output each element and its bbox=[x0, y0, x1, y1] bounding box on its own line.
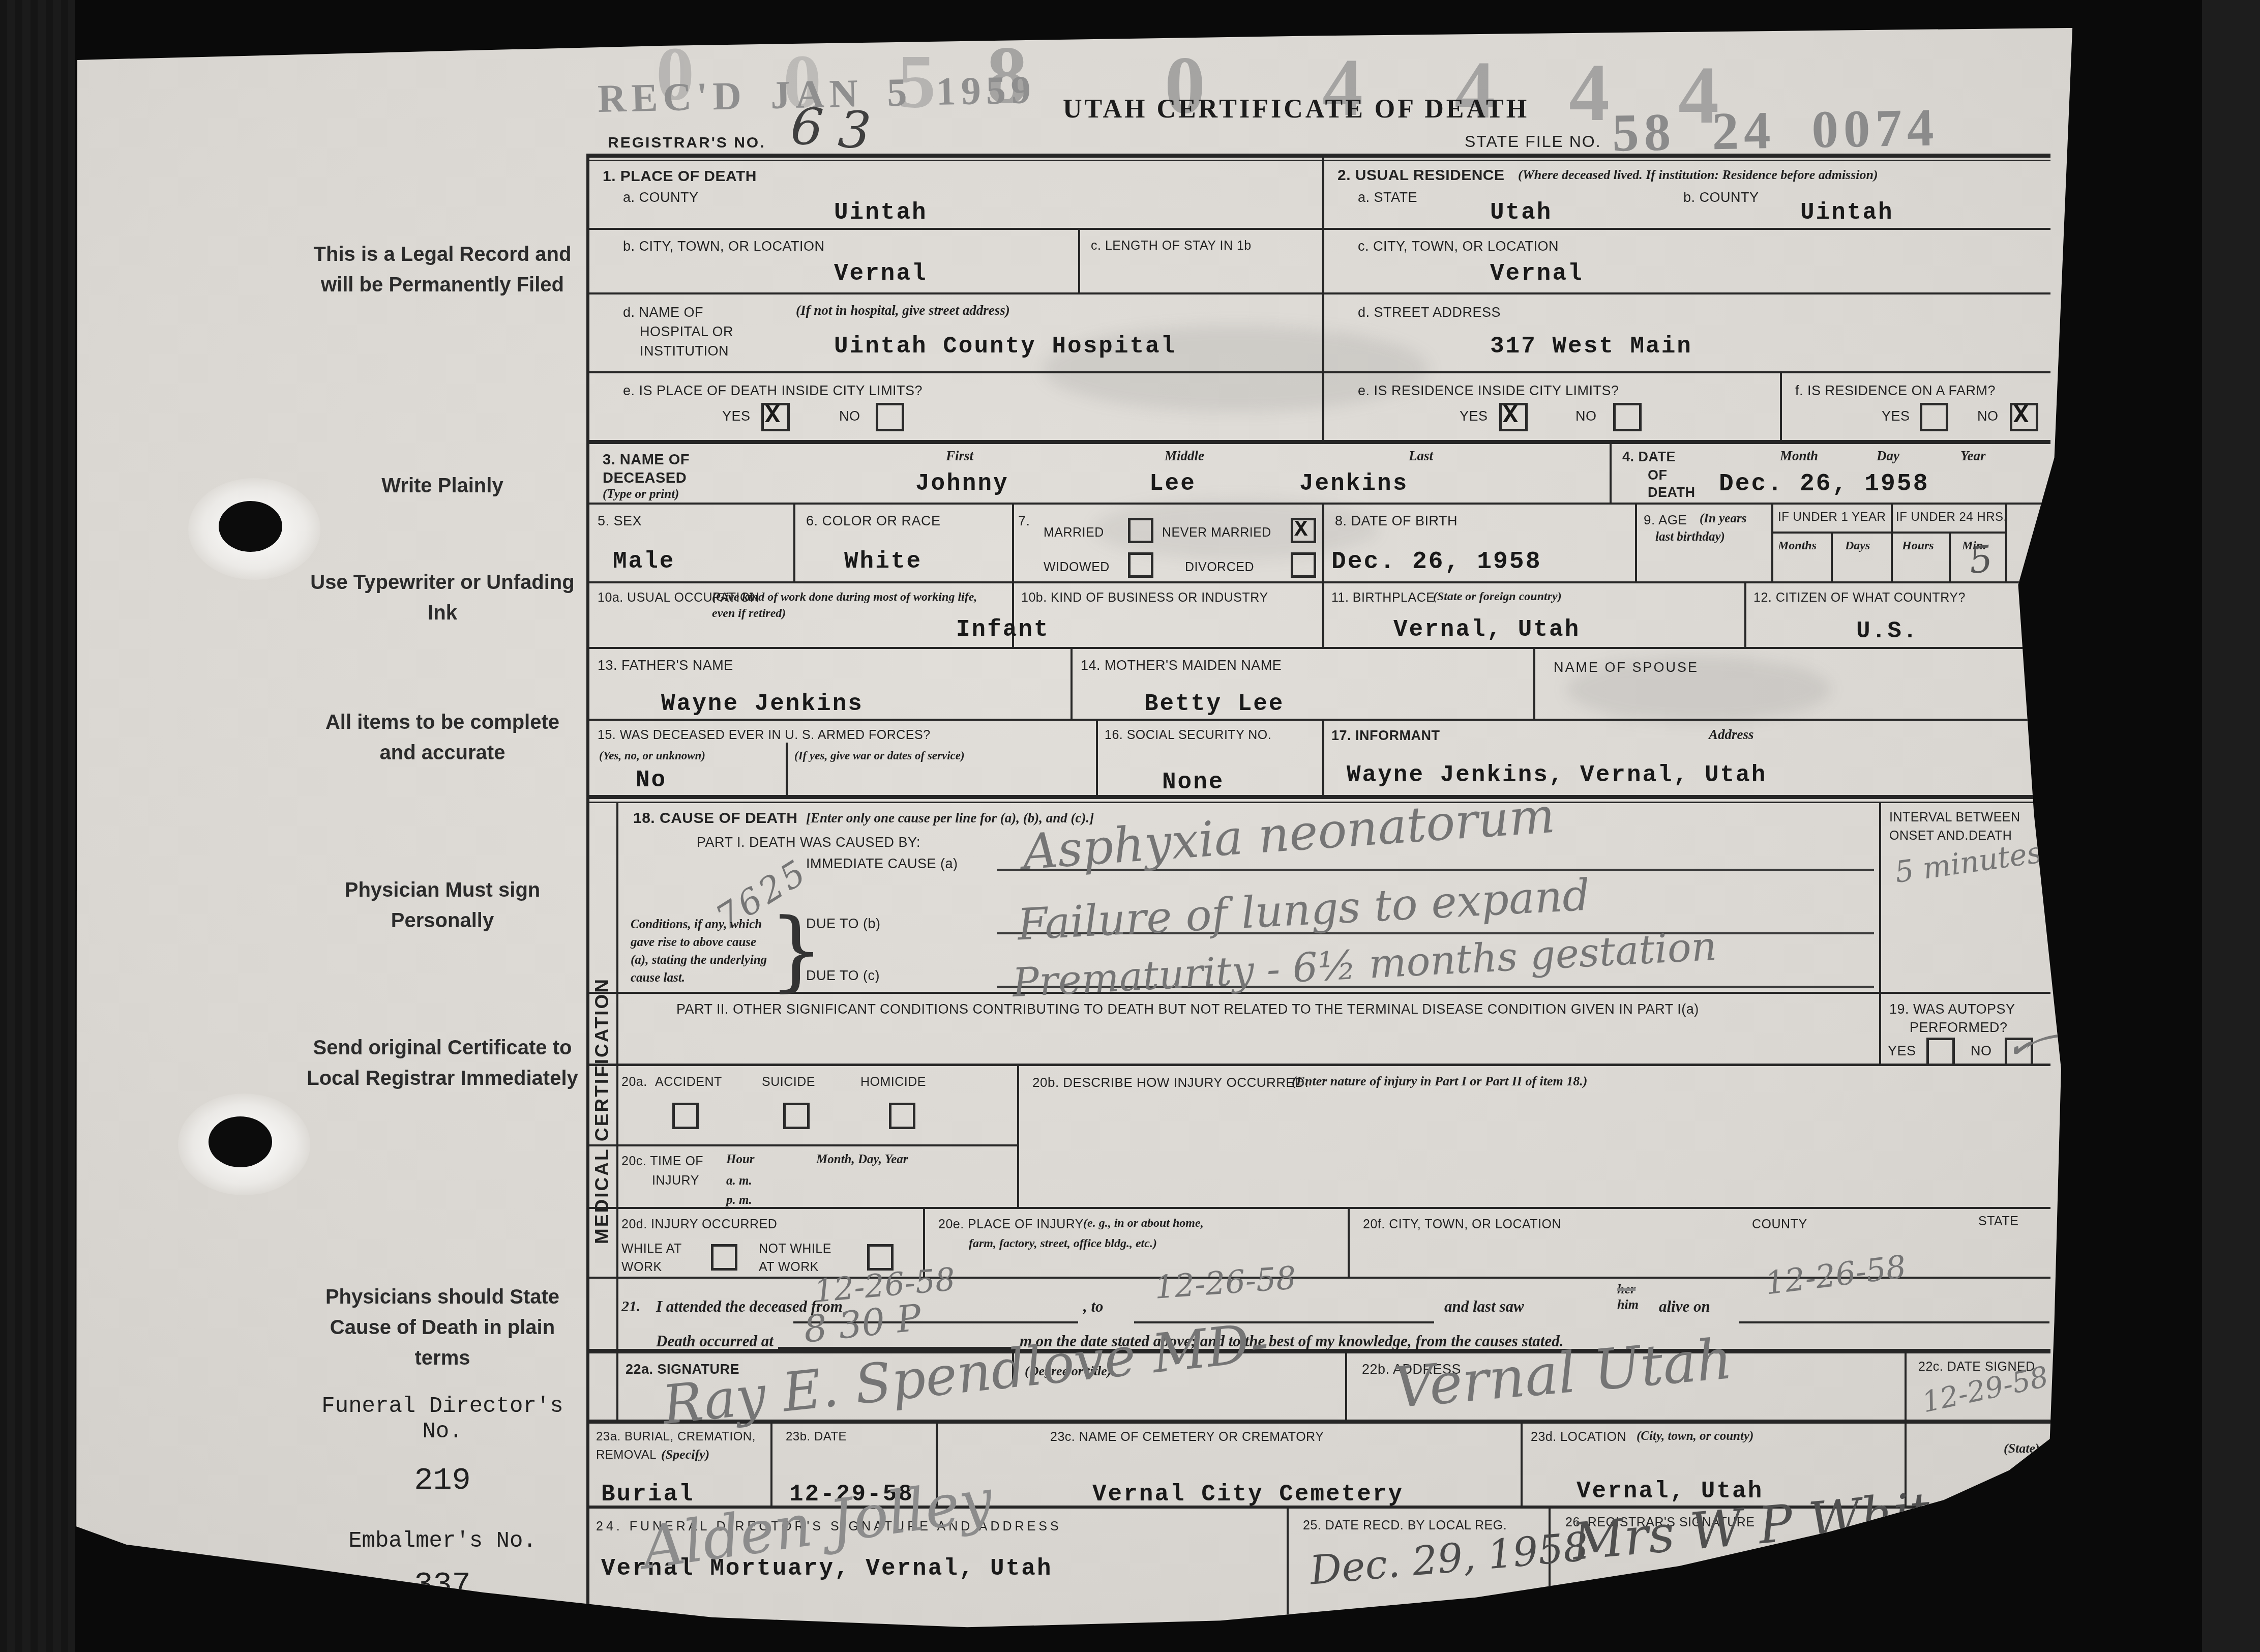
s3-hint: (Type or print) bbox=[603, 486, 679, 502]
s2b-label: b. COUNTY bbox=[1683, 189, 1759, 206]
s20e-label: 20e. PLACE OF INJURY bbox=[938, 1217, 1084, 1232]
s18-part1-label: PART I. DEATH WAS CAUSED BY: bbox=[697, 834, 920, 851]
s9-under1yr-header: IF UNDER 1 YEAR bbox=[1778, 510, 1886, 525]
s7-married-checkbox bbox=[1128, 518, 1153, 543]
s20d-while-label2: WORK bbox=[621, 1259, 662, 1275]
s20d-notwhile-label1: NOT WHILE bbox=[759, 1241, 831, 1257]
s16-label: 16. SOCIAL SECURITY NO. bbox=[1105, 727, 1271, 743]
margin-note-complete-accurate: All items to be complete and accurate bbox=[305, 707, 580, 768]
s23a-specify-hint: (Specify) bbox=[661, 1447, 709, 1463]
s1d-label2: HOSPITAL OR bbox=[640, 323, 733, 341]
s19-yes-label: YES bbox=[1888, 1043, 1916, 1060]
s2a-label: a. STATE bbox=[1358, 189, 1417, 206]
margin-note-send-original: Send original Certificate to Local Regis… bbox=[305, 1032, 580, 1094]
s7-widowed-checkbox bbox=[1128, 552, 1153, 578]
s3-title1: 3. NAME OF bbox=[603, 451, 690, 469]
s3-middle-header: Middle bbox=[1165, 448, 1204, 465]
s7-married-label: MARRIED bbox=[1044, 525, 1104, 541]
s20b-hint: (Enter nature of injury in Part I or Par… bbox=[1292, 1073, 1587, 1090]
s2e-no-checkbox bbox=[1613, 403, 1642, 431]
s23d-label: 23d. LOCATION bbox=[1531, 1429, 1626, 1445]
s2a-state-value: Utah bbox=[1490, 199, 1552, 226]
s6-race-value: White bbox=[844, 548, 922, 575]
s13-label: 13. FATHER'S NAME bbox=[598, 657, 733, 674]
medical-certification-strip: MEDICAL CERTIFICATION bbox=[587, 802, 617, 1420]
s20c-label1: 20c. TIME OF bbox=[621, 1154, 703, 1169]
s19-label2: PERFORMED? bbox=[1910, 1019, 2008, 1037]
s4-month-header: Month bbox=[1780, 448, 1818, 465]
s2f-label: f. IS RESIDENCE ON A FARM? bbox=[1795, 382, 1996, 400]
s7-widowed-label: WIDOWED bbox=[1044, 559, 1110, 575]
certificate-title: UTAH CERTIFICATE OF DEATH bbox=[1063, 94, 1529, 124]
state-file-no-label: STATE FILE NO. bbox=[1465, 131, 1601, 152]
certificate-paper: This is a Legal Record and will be Perma… bbox=[0, 0, 2260, 1652]
s18-interval-label1: INTERVAL BETWEEN bbox=[1889, 810, 2020, 825]
s2c-label: c. CITY, TOWN, OR LOCATION bbox=[1358, 238, 1559, 255]
s1e-no-label: NO bbox=[839, 408, 860, 425]
s17-informant-value: Wayne Jenkins, Vernal, Utah bbox=[1347, 762, 1767, 788]
s20a-suicide-checkbox bbox=[783, 1103, 810, 1129]
s1a-county-value: Uintah bbox=[834, 199, 928, 226]
stamp-digit: 5 bbox=[898, 38, 936, 126]
s5-sex-value: Male bbox=[613, 548, 675, 575]
microfilm-right-band bbox=[2202, 0, 2260, 1652]
s2-hint: (Where deceased lived. If institution: R… bbox=[1518, 167, 1878, 184]
s3-last-header: Last bbox=[1409, 448, 1433, 465]
s18-immediate-cause-label: IMMEDIATE CAUSE (a) bbox=[806, 855, 958, 873]
s21-her-him-stack: her him bbox=[1617, 1282, 1639, 1312]
s21-her-struck: her bbox=[1617, 1282, 1639, 1297]
s7-number: 7. bbox=[1018, 513, 1030, 530]
s2f-no-label: NO bbox=[1977, 408, 1999, 425]
s7-never-married-checkbox: X bbox=[1291, 518, 1316, 543]
s1e-yes-checkbox: X bbox=[761, 403, 790, 431]
s21-text5: Death occurred at bbox=[656, 1332, 774, 1351]
s1a-label: a. COUNTY bbox=[623, 189, 699, 206]
s4-title2: OF bbox=[1648, 467, 1668, 484]
s18-conditions-note: Conditions, if any, which gave rise to a… bbox=[631, 916, 773, 987]
s3-first-header: First bbox=[946, 448, 973, 465]
s2f-yes-label: YES bbox=[1882, 408, 1910, 425]
s1-title: 1. PLACE OF DEATH bbox=[603, 167, 757, 186]
s19-yes-checkbox bbox=[1926, 1038, 1955, 1066]
s20d-while-checkbox bbox=[711, 1244, 737, 1271]
s3-last-value: Jenkins bbox=[1299, 470, 1408, 497]
s2f-yes-checkbox bbox=[1920, 403, 1948, 431]
margin-note-write-plainly: Write Plainly bbox=[305, 470, 580, 501]
s4-title1: 4. DATE bbox=[1622, 449, 1676, 466]
s20d-label: 20d. INJURY OCCURRED bbox=[621, 1217, 777, 1232]
s12-citizen-value: U.S. bbox=[1856, 618, 1918, 644]
s14-label: 14. MOTHER'S MAIDEN NAME bbox=[1081, 657, 1282, 674]
s10a-occupation-value: Infant bbox=[956, 616, 1050, 643]
s2e-no-label: NO bbox=[1575, 408, 1597, 425]
s20e-hint1: (e. g., in or about home, bbox=[1083, 1216, 1204, 1231]
s1d-label3: INSTITUTION bbox=[640, 343, 729, 360]
s14-mother-value: Betty Lee bbox=[1144, 691, 1284, 717]
s19-label1: 19. WAS AUTOPSY bbox=[1889, 1001, 2015, 1018]
s21-number: 21. bbox=[621, 1297, 641, 1316]
s15-hint1: (Yes, no, or unknown) bbox=[599, 749, 705, 763]
s20c-am-label: a. m. bbox=[726, 1173, 752, 1189]
s15-hint2: (If yes, give war or dates of service) bbox=[794, 749, 965, 763]
s20a-homicide-checkbox bbox=[889, 1103, 915, 1129]
s9-minutes-value: 5 bbox=[1967, 537, 1995, 582]
s23-state-hint: (State) bbox=[2004, 1440, 2040, 1457]
s7-divorced-checkbox bbox=[1291, 552, 1316, 578]
s2f-no-checkbox: X bbox=[2010, 403, 2038, 431]
s21-text3: and last saw bbox=[1444, 1297, 1524, 1317]
s1d-label1: d. NAME OF bbox=[623, 304, 703, 321]
s21-text2: , to bbox=[1083, 1297, 1104, 1317]
s2d-label: d. STREET ADDRESS bbox=[1358, 304, 1501, 321]
s11-label: 11. BIRTHPLACE bbox=[1331, 590, 1435, 606]
s9-under24-header: IF UNDER 24 HRS. bbox=[1896, 510, 2007, 525]
stamp-digit: 0 bbox=[656, 31, 694, 118]
s18-title: 18. CAUSE OF DEATH bbox=[633, 809, 798, 828]
s19-no-label: NO bbox=[1971, 1043, 1992, 1060]
registrars-no-label: REGISTRAR'S NO. bbox=[608, 133, 766, 153]
s20f-state-header: STATE bbox=[1978, 1214, 2018, 1229]
s20a-number: 20a. bbox=[621, 1074, 647, 1090]
s11-hint: (State or foreign country) bbox=[1433, 589, 1562, 604]
s7-divorced-label: DIVORCED bbox=[1185, 559, 1254, 575]
scanned-death-certificate: This is a Legal Record and will be Perma… bbox=[0, 0, 2260, 1652]
s9-hint2: last birthday) bbox=[1655, 529, 1725, 545]
margin-note-physician-sign: Physician Must sign Personally bbox=[305, 875, 580, 936]
s2e-yes-label: YES bbox=[1460, 408, 1488, 425]
s1e-no-checkbox bbox=[876, 403, 904, 431]
s20f-county-header: COUNTY bbox=[1752, 1217, 1807, 1232]
s3-title2: DECEASED bbox=[603, 469, 687, 487]
s1e-label: e. IS PLACE OF DEATH INSIDE CITY LIMITS? bbox=[623, 382, 923, 400]
s6-label: 6. COLOR OR RACE bbox=[806, 513, 941, 530]
s20a-homicide-label: HOMICIDE bbox=[860, 1074, 926, 1090]
funeral-directors-no-label: Funeral Director's No. bbox=[315, 1394, 570, 1444]
s3-middle-value: Lee bbox=[1149, 470, 1196, 497]
s13-father-value: Wayne Jenkins bbox=[661, 691, 864, 717]
s18-due-to-b-label: DUE TO (b) bbox=[806, 916, 881, 933]
s11-birthplace-value: Vernal, Utah bbox=[1393, 616, 1580, 643]
spouse-label: NAME OF SPOUSE bbox=[1554, 659, 1699, 676]
s21-him: him bbox=[1617, 1297, 1639, 1312]
s4-title3: DEATH bbox=[1648, 484, 1696, 501]
embalmers-no-label: Embalmer's No. bbox=[305, 1528, 580, 1554]
microfilm-left-band bbox=[0, 0, 75, 1652]
s1b-city-value: Vernal bbox=[834, 260, 928, 287]
s1b-label: b. CITY, TOWN, OR LOCATION bbox=[623, 238, 825, 255]
s9-months-header: Months bbox=[1778, 538, 1817, 553]
s20f-label: 20f. CITY, TOWN, OR LOCATION bbox=[1363, 1217, 1561, 1232]
s1c-label: c. LENGTH OF STAY IN 1b bbox=[1091, 238, 1252, 254]
s1e-yes-label: YES bbox=[722, 408, 751, 425]
stamp-digit: 4 bbox=[1569, 46, 1610, 140]
s10b-label: 10b. KIND OF BUSINESS OR INDUSTRY bbox=[1021, 590, 1268, 606]
s2e-label: e. IS RESIDENCE INSIDE CITY LIMITS? bbox=[1358, 382, 1619, 400]
s1d-hint: (If not in hospital, give street address… bbox=[796, 302, 1010, 319]
s9-hint1: (In years bbox=[1700, 511, 1746, 526]
s5-label: 5. SEX bbox=[598, 513, 642, 530]
registrars-no-value: 63 bbox=[789, 96, 888, 162]
s3-first-value: Johnny bbox=[915, 470, 1009, 497]
margin-note-typewriter: Use Typewriter or Unfading Ink bbox=[305, 567, 580, 628]
s9-days-header: Days bbox=[1845, 538, 1870, 553]
s20c-hour-header: Hour bbox=[726, 1152, 755, 1167]
s20c-label2: INJURY bbox=[652, 1173, 699, 1189]
s20e-hint2: farm, factory, street, office bldg., etc… bbox=[969, 1236, 1157, 1251]
s23b-label: 23b. DATE bbox=[786, 1429, 847, 1444]
s20a-suicide-label: SUICIDE bbox=[762, 1074, 815, 1090]
s2-title: 2. USUAL RESIDENCE bbox=[1337, 166, 1505, 185]
s20d-notwhile-label2: AT WORK bbox=[759, 1259, 819, 1275]
s20c-pm-label: p. m. bbox=[726, 1192, 752, 1208]
s8-label: 8. DATE OF BIRTH bbox=[1335, 513, 1458, 530]
s7-never-married-label: NEVER MARRIED bbox=[1162, 525, 1271, 541]
s15-armed-forces-value: No bbox=[636, 767, 667, 793]
s1d-hospital-value: Uintah County Hospital bbox=[834, 333, 1176, 360]
embalmers-no-value: 337 bbox=[315, 1567, 570, 1603]
s8-birth-date-value: Dec. 26, 1958 bbox=[1331, 548, 1541, 576]
s23c-cemetery-value: Vernal City Cemetery bbox=[1092, 1481, 1404, 1508]
s17-address-header: Address bbox=[1709, 726, 1754, 744]
s21-text4: alive on bbox=[1659, 1297, 1710, 1317]
s2e-yes-checkbox: X bbox=[1499, 403, 1528, 431]
s18-part2-label: PART II. OTHER SIGNIFICANT CONDITIONS CO… bbox=[676, 1001, 1699, 1018]
s20b-label: 20b. DESCRIBE HOW INJURY OCCURRED. bbox=[1032, 1074, 1309, 1091]
s9-hours-header: Hours bbox=[1902, 538, 1934, 553]
s16-ssn-value: None bbox=[1162, 769, 1224, 795]
funeral-directors-no-value: 219 bbox=[315, 1462, 570, 1498]
s4-date-of-death-value: Dec. 26, 1958 bbox=[1719, 470, 1929, 498]
s9-label: 9. AGE bbox=[1644, 512, 1687, 528]
s2c-city-value: Vernal bbox=[1490, 260, 1584, 287]
s15-label: 15. WAS DECEASED EVER IN U. S. ARMED FOR… bbox=[598, 727, 931, 743]
s23a-label2: REMOVAL bbox=[596, 1448, 657, 1463]
s20a-accident-label: ACCIDENT bbox=[655, 1074, 722, 1090]
s25-label: 25. DATE RECD. BY LOCAL REG. bbox=[1303, 1518, 1507, 1533]
s23c-label: 23c. NAME OF CEMETERY OR CREMATORY bbox=[1050, 1429, 1324, 1445]
s17-label: 17. INFORMANT bbox=[1331, 727, 1440, 745]
s2d-street-value: 317 West Main bbox=[1490, 333, 1692, 360]
margin-note-legal-record: This is a Legal Record and will be Perma… bbox=[305, 239, 580, 300]
stamp-digit: 8 bbox=[987, 28, 1027, 122]
s4-day-header: Day bbox=[1877, 448, 1899, 465]
s4-year-header: Year bbox=[1960, 448, 1986, 465]
s20a-accident-checkbox bbox=[672, 1103, 699, 1129]
s2b-county-value: Uintah bbox=[1800, 199, 1894, 226]
margin-note-plain-terms: Physicians should State Cause of Death i… bbox=[305, 1282, 580, 1373]
s20d-while-label1: WHILE AT bbox=[621, 1241, 682, 1257]
s18-due-to-c-label: DUE TO (c) bbox=[806, 967, 880, 985]
s12-label: 12. CITIZEN OF WHAT COUNTRY? bbox=[1753, 590, 1966, 606]
s23a-burial-value: Burial bbox=[601, 1481, 695, 1508]
s23d-hint: (City, town, or county) bbox=[1637, 1428, 1753, 1444]
s20c-mdy-header: Month, Day, Year bbox=[816, 1152, 908, 1167]
